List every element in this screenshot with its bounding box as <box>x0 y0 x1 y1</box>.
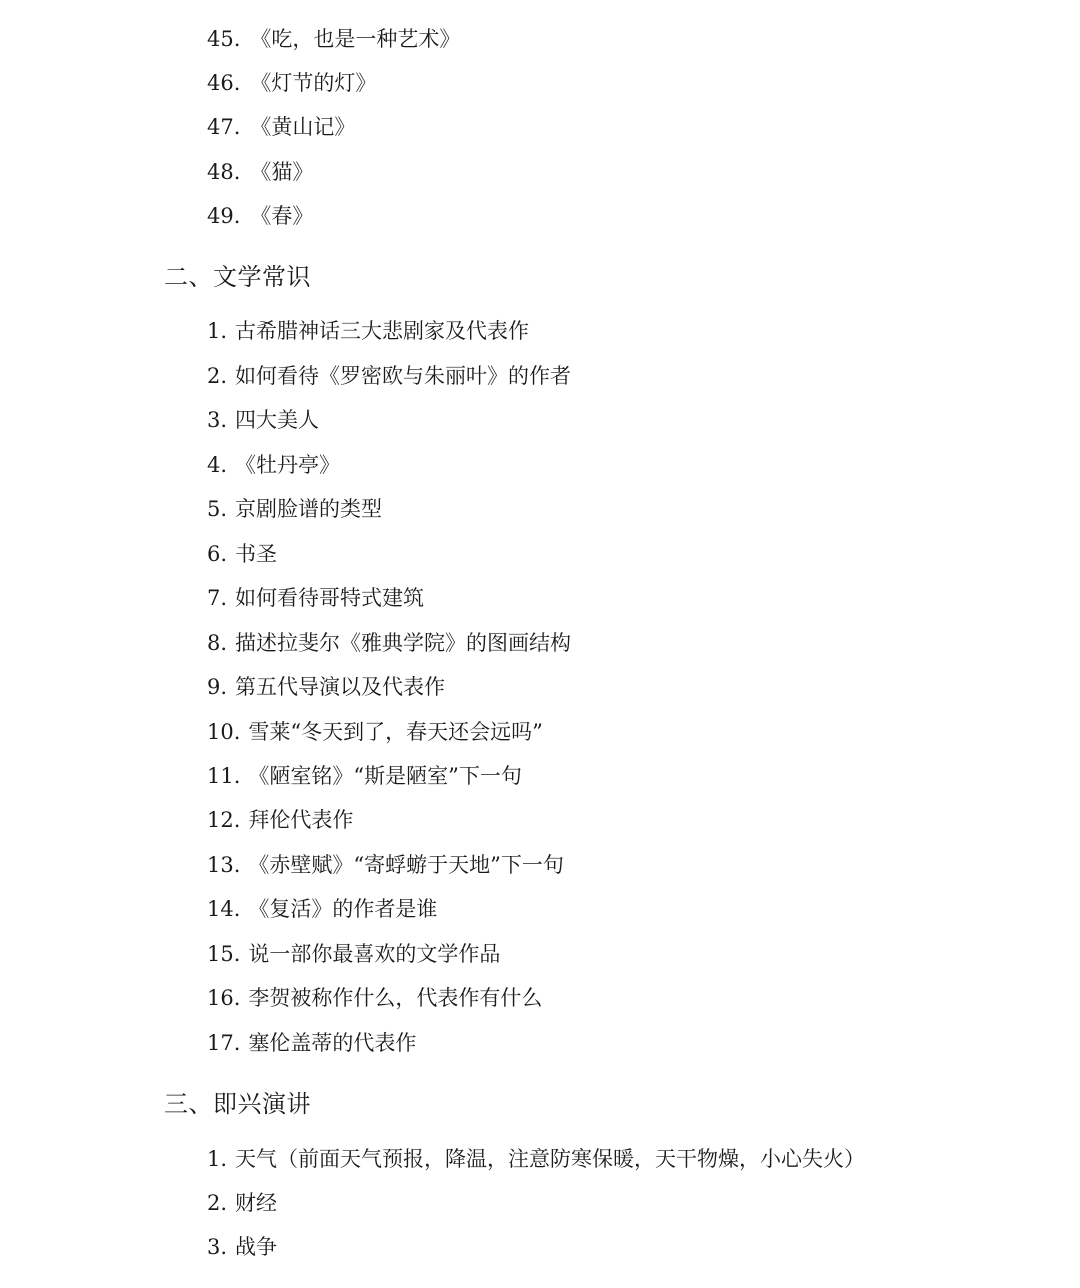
item-text: 四大美人 <box>235 406 319 434</box>
item-text: 书圣 <box>235 540 277 568</box>
item-text: 如何看待哥特式建筑 <box>235 584 424 612</box>
list-item: 3.四大美人 <box>207 406 319 434</box>
list-item: 13.《赤壁赋》“寄蜉蝣于天地”下一句 <box>207 851 564 879</box>
list-item: 4.《牡丹亭》 <box>207 451 340 479</box>
item-text: 如何看待《罗密欧与朱丽叶》的作者 <box>235 362 571 390</box>
item-number: 9. <box>207 673 227 701</box>
list-item: 49.《春》 <box>207 202 313 230</box>
item-text: 古希腊神话三大悲剧家及代表作 <box>235 317 529 345</box>
list-item: 17.塞伦盖蒂的代表作 <box>207 1029 416 1057</box>
list-item: 3.战争 <box>207 1233 277 1261</box>
list-item: 1.天气（前面天气预报，降温，注意防寒保暖，天干物燥，小心失火） <box>207 1145 865 1173</box>
list-item: 48.《猫》 <box>207 158 313 186</box>
item-number: 3. <box>207 406 227 434</box>
item-number: 6. <box>207 540 227 568</box>
item-number: 47. <box>207 113 240 141</box>
item-number: 7. <box>207 584 227 612</box>
item-text: 《赤壁赋》“寄蜉蝣于天地”下一句 <box>248 851 563 879</box>
item-number: 49. <box>207 202 240 230</box>
item-number: 1. <box>207 317 227 345</box>
list-item: 15.说一部你最喜欢的文学作品 <box>207 940 500 968</box>
item-text: 塞伦盖蒂的代表作 <box>248 1029 416 1057</box>
item-number: 15. <box>207 940 240 968</box>
item-number: 1. <box>207 1145 227 1173</box>
item-text: 财经 <box>235 1189 277 1217</box>
item-number: 13. <box>207 851 240 879</box>
item-text: 《猫》 <box>250 158 313 186</box>
list-item: 11.《陋室铭》“斯是陋室”下一句 <box>207 762 522 790</box>
item-text: 战争 <box>235 1233 277 1261</box>
list-item: 45.《吃，也是一种艺术》 <box>207 25 460 53</box>
item-number: 10. <box>207 718 240 746</box>
item-number: 17. <box>207 1029 240 1057</box>
item-text: 《牡丹亭》 <box>235 451 340 479</box>
item-text: 《黄山记》 <box>250 113 355 141</box>
item-number: 14. <box>207 895 240 923</box>
item-number: 45. <box>207 25 240 53</box>
item-text: 说一部你最喜欢的文学作品 <box>248 940 500 968</box>
item-number: 5. <box>207 495 227 523</box>
item-text: 描述拉斐尔《雅典学院》的图画结构 <box>235 629 571 657</box>
list-item: 16.李贺被称作什么，代表作有什么 <box>207 984 542 1012</box>
item-number: 48. <box>207 158 240 186</box>
list-item: 46.《灯节的灯》 <box>207 69 376 97</box>
item-number: 4. <box>207 451 227 479</box>
list-item: 14.《复活》的作者是谁 <box>207 895 437 923</box>
item-number: 8. <box>207 629 227 657</box>
section-heading-impromptu-speech: 三、即兴演讲 <box>164 1089 311 1119</box>
item-text: 雪莱“冬天到了，春天还会远吗” <box>248 718 542 746</box>
list-item: 2.财经 <box>207 1189 277 1217</box>
item-number: 2. <box>207 1189 227 1217</box>
list-item: 6.书圣 <box>207 540 277 568</box>
item-number: 3. <box>207 1233 227 1261</box>
list-item: 47.《黄山记》 <box>207 113 355 141</box>
item-text: 《灯节的灯》 <box>250 69 376 97</box>
list-item: 12.拜伦代表作 <box>207 806 353 834</box>
item-number: 11. <box>207 762 240 790</box>
item-text: 《复活》的作者是谁 <box>248 895 437 923</box>
list-item: 8.描述拉斐尔《雅典学院》的图画结构 <box>207 629 571 657</box>
item-text: 拜伦代表作 <box>248 806 353 834</box>
list-item: 2.如何看待《罗密欧与朱丽叶》的作者 <box>207 362 571 390</box>
item-text: 李贺被称作什么，代表作有什么 <box>248 984 542 1012</box>
list-item: 5.京剧脸谱的类型 <box>207 495 382 523</box>
item-text: 《春》 <box>250 202 313 230</box>
list-item: 10.雪莱“冬天到了，春天还会远吗” <box>207 718 543 746</box>
list-item: 1.古希腊神话三大悲剧家及代表作 <box>207 317 529 345</box>
item-text: 京剧脸谱的类型 <box>235 495 382 523</box>
list-item: 9.第五代导演以及代表作 <box>207 673 445 701</box>
item-text: 天气（前面天气预报，降温，注意防寒保暖，天干物燥，小心失火） <box>235 1145 865 1173</box>
item-text: 《陋室铭》“斯是陋室”下一句 <box>248 762 521 790</box>
section-heading-literature: 二、文学常识 <box>164 262 311 292</box>
list-item: 7.如何看待哥特式建筑 <box>207 584 424 612</box>
item-number: 46. <box>207 69 240 97</box>
item-number: 16. <box>207 984 240 1012</box>
item-text: 第五代导演以及代表作 <box>235 673 445 701</box>
item-number: 12. <box>207 806 240 834</box>
item-text: 《吃，也是一种艺术》 <box>250 25 460 53</box>
item-number: 2. <box>207 362 227 390</box>
